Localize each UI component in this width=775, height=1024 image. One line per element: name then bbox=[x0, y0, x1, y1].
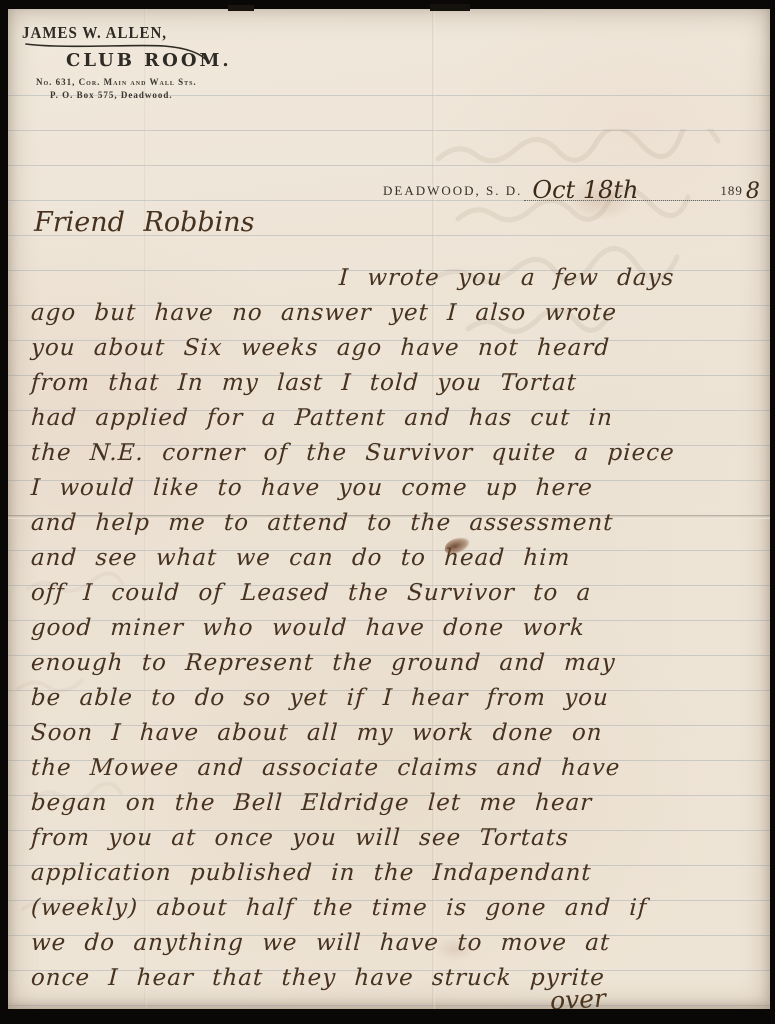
handwritten-line: I would like to have you come up here bbox=[30, 471, 762, 506]
paper-edge-notch bbox=[228, 5, 254, 11]
handwritten-line: and see what we can do to head him bbox=[30, 541, 762, 576]
handwritten-line: the N.E. corner of the Survivor quite a … bbox=[30, 436, 762, 471]
letter-body: I wrote you a few daysago but have no an… bbox=[30, 261, 760, 996]
handwritten-line: the Mowee and associate claims and have bbox=[30, 751, 762, 786]
handwritten-line: from you at once you will see Tortats bbox=[30, 821, 762, 856]
handwritten-line: from that In my last I told you Tortat bbox=[30, 366, 762, 401]
handwritten-line: had applied for a Pattent and has cut in bbox=[30, 401, 762, 436]
handwritten-line: ago but have no answer yet I also wrote bbox=[30, 296, 762, 331]
letterhead-address-line2: P. O. Box 575, Deadwood. bbox=[50, 90, 232, 100]
letterhead-address-line1: No. 631, Cor. Main and Wall Sts. bbox=[36, 77, 232, 87]
scan-edge-right bbox=[770, 0, 775, 1024]
handwritten-line: you about Six weeks ago have not heard bbox=[30, 331, 762, 366]
letterhead-underline-flourish bbox=[24, 40, 224, 66]
handwritten-line: good miner who would have done work bbox=[30, 611, 762, 646]
scan-edge-left bbox=[0, 0, 8, 1024]
scan-edge-top bbox=[0, 0, 775, 9]
dateline-fill-line: Oct 18th bbox=[524, 180, 720, 201]
dateline-year-printed: 189 bbox=[720, 183, 743, 198]
paper-edge-notch bbox=[430, 4, 470, 11]
handwritten-line: (weekly) about half the time is gone and… bbox=[30, 891, 762, 926]
handwritten-line: application published in the Indapendant bbox=[30, 856, 762, 891]
handwritten-line: began on the Bell Eldridge let me hear bbox=[30, 786, 762, 821]
handwritten-line: enough to Represent the ground and may bbox=[30, 646, 762, 681]
handwritten-line: we do anything we will have to move at bbox=[30, 926, 762, 961]
handwritten-line: be able to do so yet if I hear from you bbox=[30, 681, 762, 716]
handwritten-date: Oct 18th bbox=[532, 176, 638, 204]
letterhead: JAMES W. ALLEN, CLUB ROOM. No. 631, Cor.… bbox=[22, 24, 232, 100]
handwritten-year-digit: 8 bbox=[746, 179, 760, 204]
scan-edge-bottom bbox=[0, 1009, 775, 1024]
handwritten-line: once I hear that they have struck pyrite bbox=[30, 961, 762, 996]
handwritten-line: off I could of Leased the Survivor to a bbox=[30, 576, 762, 611]
handwritten-line: Soon I have about all my work done on bbox=[30, 716, 762, 751]
dateline-place-printed: DEADWOOD, S. D. bbox=[383, 183, 522, 198]
salutation: Friend Robbins bbox=[34, 207, 255, 238]
handwritten-line: I wrote you a few days bbox=[30, 261, 762, 296]
handwritten-line: and help me to attend to the assessment bbox=[30, 506, 762, 541]
dateline: DEADWOOD, S. D.Oct 18th1898 bbox=[383, 176, 757, 201]
